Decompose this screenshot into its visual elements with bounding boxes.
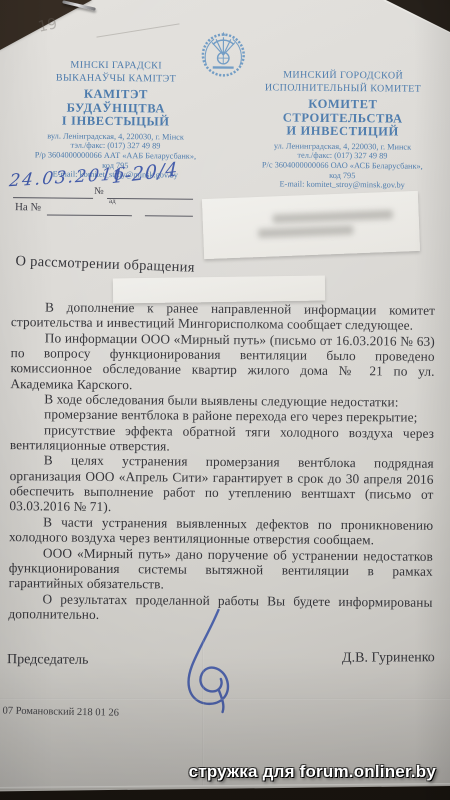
- letterhead-right-address: E-mail: komitet_stroy@minsk.gov.by: [239, 179, 445, 191]
- paper-crease-horizontal: [0, 698, 450, 700]
- signer-name: Д.В. Гуриненко: [342, 650, 435, 666]
- body-paragraph: В части устранения выявленных дефектов п…: [9, 514, 433, 548]
- redaction-bleed-through: [258, 225, 353, 238]
- forum-watermark: стружка для forum.onliner.by: [189, 762, 436, 782]
- letterhead-right: МИНСКИЙ ГОРОДСКОЙ ИСПОЛНИТЕЛЬНЫЙ КОМИТЕТ…: [239, 69, 446, 191]
- redaction-slip-line: [113, 276, 325, 304]
- letterhead-right-line: ИСПОЛНИТЕЛЬНЫЙ КОМИТЕТ: [240, 82, 446, 96]
- body-paragraph: В целях устранения промерзания вентблока…: [9, 453, 434, 518]
- ref-line: [47, 214, 132, 216]
- body-paragraph: По информации ООО «Мирный путь» (письмо …: [10, 330, 435, 395]
- redaction-slip-addressee: [202, 191, 420, 259]
- ad-label: ад: [109, 197, 116, 205]
- letter-body: В дополнение к ранее направленной информ…: [8, 299, 435, 625]
- ref-line: [13, 197, 93, 199]
- letter-content: МІНСКІ ГАРАДСКІ ВЫКАНАЎЧЫ КАМІТЭТ КАМІТЭ…: [0, 0, 450, 800]
- ref-line: [145, 215, 193, 216]
- subject-line: О рассмотрении обращения: [15, 253, 195, 277]
- letterhead-right-address: Р/с 3604000000066 ОАО «АСБ Беларусбанк»,: [239, 160, 445, 172]
- signer-position: Председатель: [7, 652, 88, 669]
- photo-frame: МІНСКІ ГАРАДСКІ ВЫКАНАЎЧЫ КАМІТЭТ КАМІТЭ…: [0, 0, 450, 800]
- body-paragraph: В дополнение к ранее направленной информ…: [11, 299, 435, 333]
- redaction-bleed-through: [273, 210, 393, 224]
- letterhead-left-address: Р/р 3604000000066 ААТ «ААБ Беларусбанк»,: [13, 150, 217, 161]
- on-number-label: На №: [15, 201, 41, 213]
- executor-note: 07 Романовский 218 01 26: [2, 705, 119, 718]
- number-sign-label: №: [94, 186, 104, 197]
- body-paragraph: ООО «Мирный путь» дано поручение об устр…: [9, 545, 433, 595]
- letterhead-left: МІНСКІ ГАРАДСКІ ВЫКАНАЎЧЫ КАМІТЭТ КАМІТЭ…: [13, 59, 218, 181]
- ref-line: [107, 198, 193, 200]
- body-paragraph: присутствие эффекта обратной тяги холодн…: [10, 422, 434, 456]
